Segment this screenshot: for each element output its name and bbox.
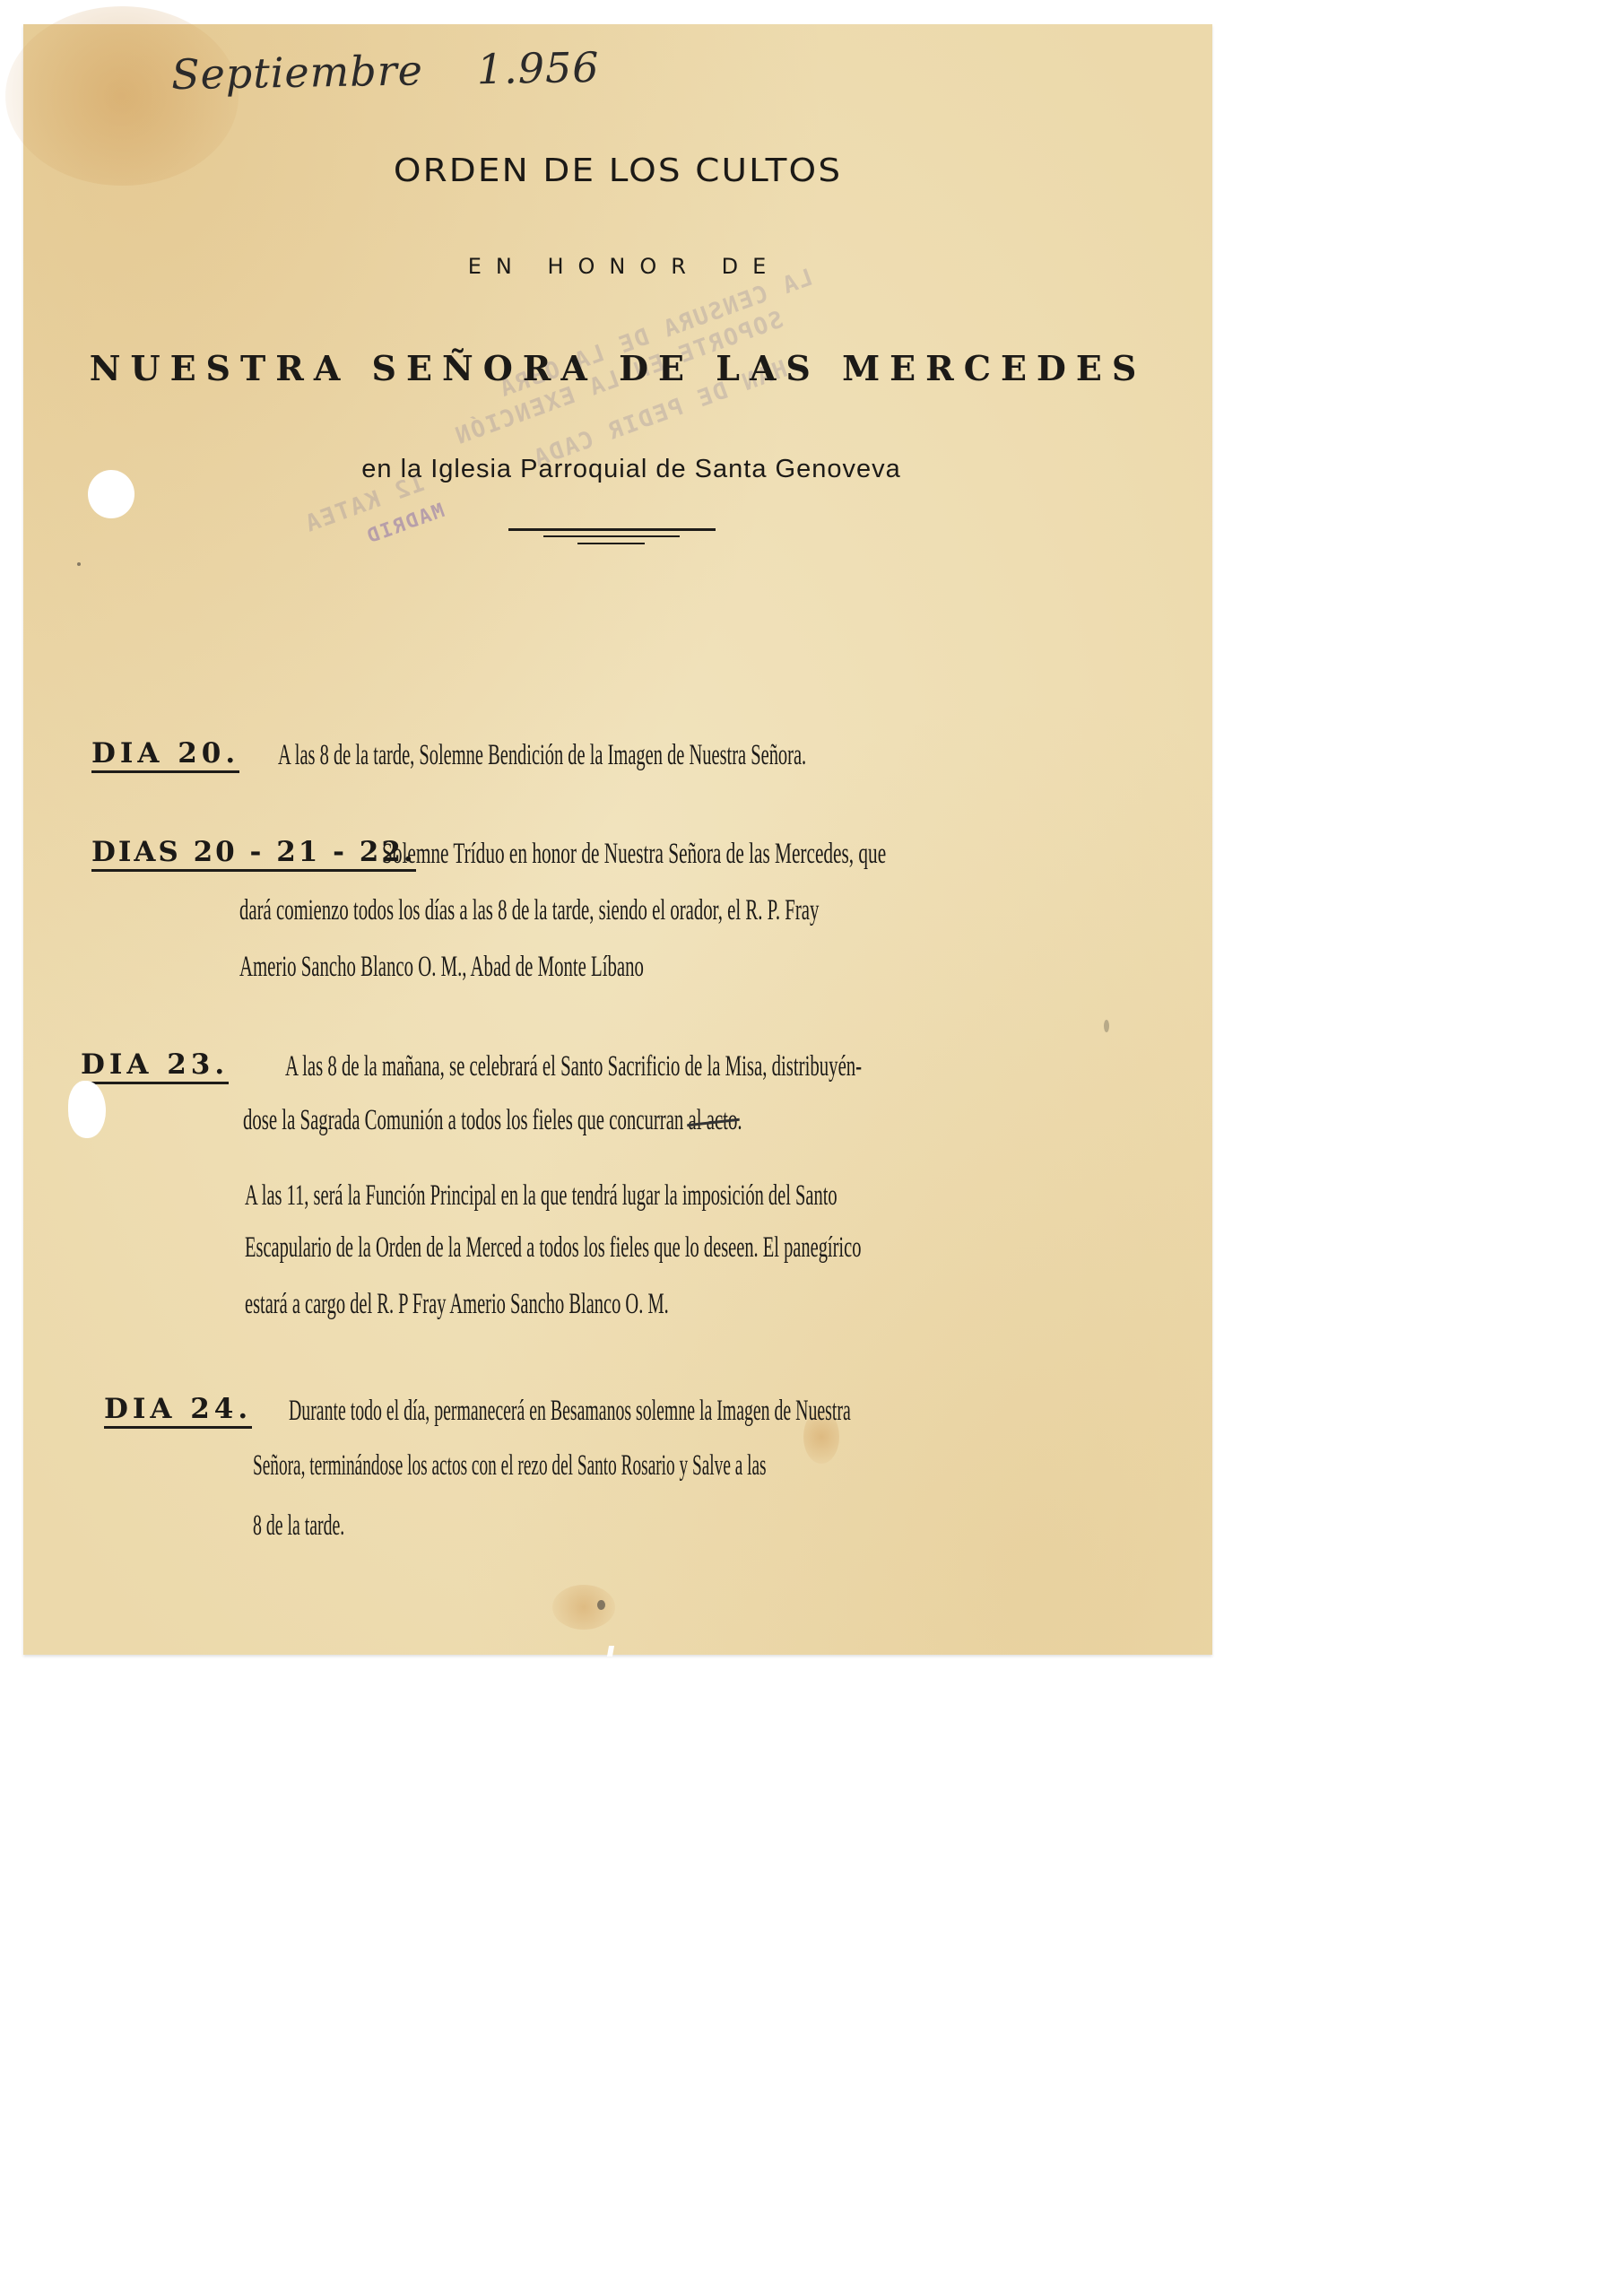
- paper-speck: [77, 562, 81, 566]
- schedule-day-label: DIA 20.: [91, 738, 239, 773]
- schedule-text-line: 8 de la tarde.: [253, 1509, 344, 1543]
- decorative-rule: [577, 543, 645, 544]
- schedule-text-line: A las 8 de la mañana, se celebrará el Sa…: [285, 1049, 862, 1083]
- schedule-day-label: DIAS 20 - 21 - 22.: [91, 837, 416, 872]
- schedule-text-line: Escapulario de la Orden de la Merced a t…: [245, 1231, 861, 1265]
- struck-out-text: al acto: [689, 1104, 738, 1136]
- schedule-text-line: Señora, terminándose los actos con el re…: [253, 1448, 767, 1483]
- schedule-text-line: dose la Sagrada Comunión a todos los fie…: [243, 1103, 742, 1137]
- document-title: ORDEN DE LOS CULTOS: [0, 152, 1260, 189]
- punch-hole: [68, 1081, 106, 1138]
- paper-speck: [597, 1600, 605, 1610]
- schedule-text-line: A las 11, será la Función Principal en l…: [245, 1178, 838, 1213]
- document-subtitle: EN HONOR DE: [23, 254, 1212, 279]
- paper-speck: [1104, 1020, 1109, 1032]
- schedule-text-line: Solemne Tríduo en honor de Nuestra Señor…: [382, 837, 886, 871]
- schedule-text-line: Amerio Sancho Blanco O. M., Abad de Mont…: [239, 950, 644, 984]
- handwritten-year: 1.956: [476, 43, 600, 93]
- church-location: en la Iglesia Parroquial de Santa Genove…: [23, 455, 1212, 484]
- schedule-day-label: DIA 23.: [81, 1049, 229, 1084]
- handwritten-month: Septiembre: [171, 46, 424, 99]
- schedule-day-label: DIA 24.: [104, 1394, 252, 1429]
- schedule-text-line: estará a cargo del R. P Fray Amerio Sanc…: [245, 1287, 669, 1321]
- document-page: LA CENSURA DE LA OBRA SOPORTE EN LA EXEN…: [23, 24, 1212, 1655]
- decorative-rule: [508, 528, 716, 531]
- decorative-rule: [543, 535, 680, 537]
- handwritten-date: Septiembre1.956: [171, 43, 600, 99]
- punch-hole: [88, 470, 135, 518]
- dedication-heading: NUESTRA SEÑORA DE LAS MERCEDES: [23, 348, 1212, 388]
- schedule-text: dose la Sagrada Comunión a todos los fie…: [243, 1104, 683, 1136]
- paper-stain: [552, 1585, 615, 1630]
- schedule-text-line: Durante todo el día, permanecerá en Besa…: [289, 1394, 851, 1428]
- paper-tear: [607, 1646, 614, 1657]
- schedule-text-line: A las 8 de la tarde, Solemne Bendición d…: [278, 738, 806, 772]
- schedule-text-line: dará comienzo todos los días a las 8 de …: [239, 893, 819, 927]
